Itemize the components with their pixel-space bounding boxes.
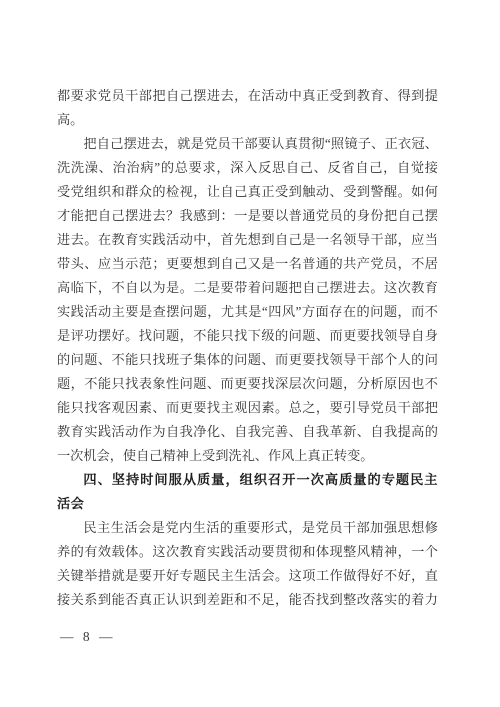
section-heading: 四、坚持时间服从质量，组织召开一次高质量的专题民主生活会	[57, 468, 438, 516]
text-line: 教育实践活动作为自我净化、自我完善、自我革新、自我提高的	[57, 420, 438, 444]
text-line: 题，不能只找表象性问题、而更要找深层次问题，分析原因也不	[57, 372, 438, 396]
text-line: 活会	[57, 492, 438, 516]
text-line: 四、坚持时间服从质量，组织召开一次高质量的专题民主生	[57, 468, 438, 492]
text-line: 养的有效载体。这次教育实践活动要贯彻和体现整风精神，一个	[57, 540, 438, 564]
text-line: 实践活动主要是查摆问题，尤其是“四风”方面存在的问题，而不	[57, 300, 438, 324]
text-line: 民主生活会是党内生活的重要形式，是党员干部加强思想修	[57, 516, 438, 540]
text-line: 能只找客观因素、而更要找主观因素。总之，要引导党员干部把	[57, 396, 438, 420]
text-line: 高临下，不自以为是。二是要带着问题把自己摆进去。这次教育	[57, 276, 438, 300]
paragraph: 都要求党员干部把自己摆进去，在活动中真正受到教育、得到提高。	[57, 84, 438, 132]
text-block: 都要求党员干部把自己摆进去，在活动中真正受到教育、得到提高。把自己摆进去，就是党…	[57, 84, 438, 612]
text-line: 洗洗澡、治治病”的总要求，深入反思自己、反省自己，自觉接	[57, 156, 438, 180]
text-line: 是评功摆好。找问题，不能只找下级的问题、而更要找领导自身	[57, 324, 438, 348]
text-line: 进去。在教育实践活动中，首先想到自己是一名领导干部，应当	[57, 228, 438, 252]
text-line: 一次机会，使自己精神上受到洗礼、作风上真正转变。	[57, 444, 438, 468]
page-number: — 8 —	[60, 629, 116, 645]
text-line: 的问题、不能只找班子集体的问题、而更要找领导干部个人的问	[57, 348, 438, 372]
text-line: 把自己摆进去，就是党员干部要认真贯彻“照镜子、正衣冠、	[57, 132, 438, 156]
document-page: 都要求党员干部把自己摆进去，在活动中真正受到教育、得到提高。把自己摆进去，就是党…	[0, 0, 500, 707]
text-line: 接关系到能否真正认识到差距和不足，能否找到整改落实的着力	[57, 588, 438, 612]
text-line: 才能把自己摆进去？我感到：一是要以普通党员的身份把自己摆	[57, 204, 438, 228]
text-line: 都要求党员干部把自己摆进去，在活动中真正受到教育、得到提	[57, 84, 438, 108]
paragraph: 民主生活会是党内生活的重要形式，是党员干部加强思想修养的有效载体。这次教育实践活…	[57, 516, 438, 612]
text-line: 高。	[57, 108, 438, 132]
text-line: 受党组织和群众的检视，让自己真正受到触动、受到警醒。如何	[57, 180, 438, 204]
paragraph: 把自己摆进去，就是党员干部要认真贯彻“照镜子、正衣冠、洗洗澡、治治病”的总要求，…	[57, 132, 438, 468]
text-line: 关键举措就是要开好专题民主生活会。这项工作做得好不好，直	[57, 564, 438, 588]
text-line: 带头、应当示范；更要想到自己又是一名普通的共产党员，不居	[57, 252, 438, 276]
